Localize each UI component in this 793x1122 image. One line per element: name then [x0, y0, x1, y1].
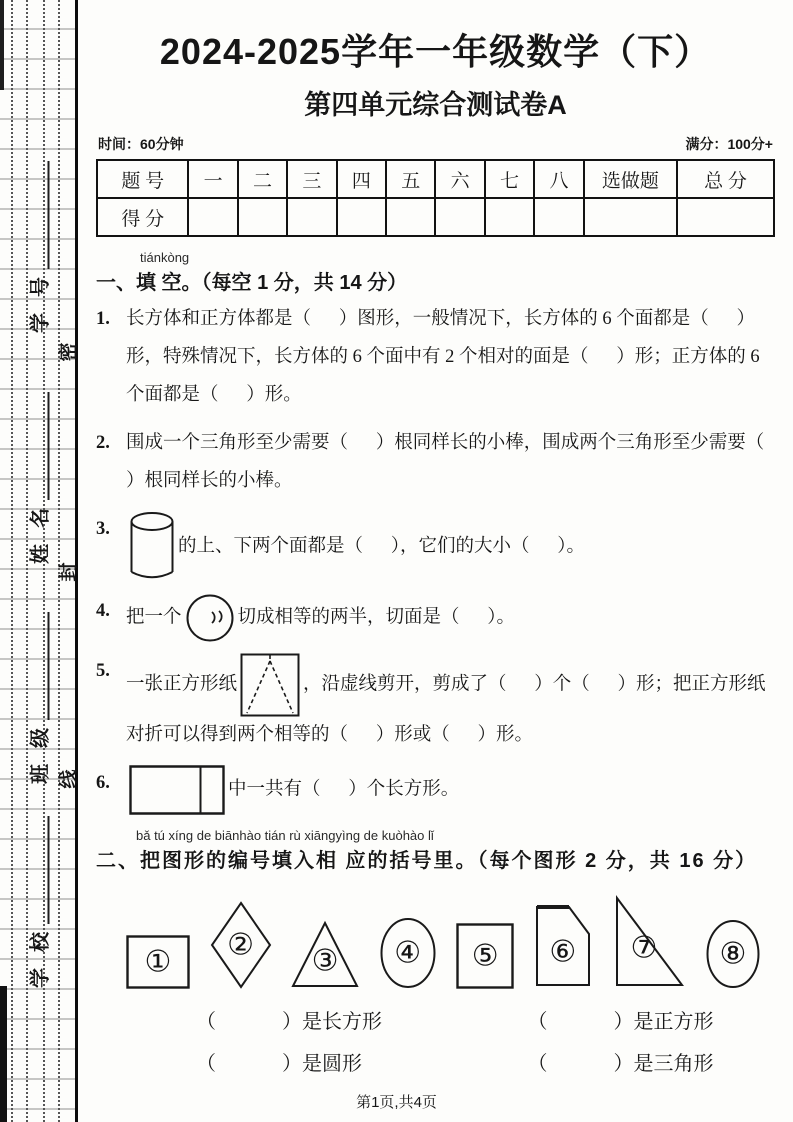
score-table: 题 号 一 二 三 四 五 六 七 八 选做题 总 分 得 分 [96, 159, 775, 237]
header-col-3: 三 [287, 160, 336, 198]
question-number: 5. [96, 653, 126, 755]
student-number-blank-line [30, 161, 50, 269]
shape-number-2: ② [227, 927, 254, 962]
section1-heading: 一、填 空。（每空 1 分，共 14 分） [96, 266, 775, 295]
scan-edge-artifact [0, 0, 4, 90]
answer-label: 是圆形 [302, 1053, 362, 1075]
score-table-score-row: 得 分 [97, 198, 774, 236]
name-blank-line [30, 392, 50, 500]
answer-square: （）是正方形 [436, 1005, 776, 1034]
class-field: 班级 [24, 612, 53, 784]
shape-right-triangle: ⑦ [611, 895, 685, 989]
name-field: 姓名 [24, 392, 53, 564]
close-paren: ） [282, 1053, 302, 1075]
question-6: 6. 中一共有（ ）个长方形。 [96, 765, 775, 815]
question-number: 1. [96, 301, 126, 415]
close-paren: ） [282, 1011, 302, 1033]
page-footer: 第1页,共4页 [0, 1091, 793, 1112]
seal-char-feng: 封 [54, 562, 81, 581]
header-optional: 选做题 [584, 160, 677, 198]
school-field: 学校 [24, 816, 53, 988]
question-text: 的上、下两个面都是（ ），它们的大小（ ）。 [126, 511, 775, 583]
shape-number-3: ③ [312, 944, 339, 979]
meta-row: 时间：60分钟 满分：100分+ [98, 134, 773, 154]
question-3: 3. 的上、下两个面都是（ ），它们的大小（ ）。 [96, 511, 775, 583]
header-col-1: 一 [188, 160, 237, 198]
cylinder-figure [129, 511, 175, 583]
score-cell [485, 198, 534, 236]
question-text-after-figure: 的上、下两个面都是（ ），它们的大小（ ）。 [178, 536, 585, 556]
section2-heading: 二、把图形的编号填入相 应的括号里。（每个图形 2 分，共 16 分） [96, 844, 775, 873]
score-cell [677, 198, 774, 236]
header-col-2: 二 [238, 160, 287, 198]
shape-row: ① ② ③ ④ ⑤ ⑥ ⑦ [126, 891, 761, 989]
header-col-5: 五 [386, 160, 435, 198]
question-number: 2. [96, 425, 126, 501]
full-score: 满分：100分+ [685, 134, 773, 154]
question-text-after-figure: 中一共有（ ）个长方形。 [228, 779, 459, 799]
seal-margin-sidebar: 学号 姓名 班级 学校 密 封 线 [0, 0, 78, 1122]
main-content: 2024-2025学年一年级数学（下） 第四单元综合测试卷A 时间：60分钟 满… [78, 0, 793, 1076]
question-text-before-figure: 把一个 [126, 607, 182, 627]
shape-rectangle: ① [126, 935, 190, 989]
question-5: 5. 一张正方形纸，沿虚线剪开，剪成了（ ）个（ ）形；把正方形纸对折可以得到两… [96, 653, 775, 755]
answer-circle: （）是圆形 [96, 1047, 436, 1076]
shape-diamond: ② [210, 901, 272, 989]
shape-triangle: ③ [291, 919, 359, 989]
question-2: 2. 围成一个三角形至少需要（ ）根同样长的小棒，围成两个三角形至少需要（ ）根… [96, 425, 775, 501]
close-paren: ） [614, 1053, 634, 1075]
answer-label: 是长方形 [302, 1011, 382, 1033]
open-paren: （ [196, 1011, 216, 1033]
open-paren: （ [196, 1053, 216, 1075]
question-1: 1. 长方体和正方体都是（ ）图形，一般情况下，长方体的 6 个面都是（ ）形，… [96, 301, 775, 415]
question-text: 一张正方形纸，沿虚线剪开，剪成了（ ）个（ ）形；把正方形纸对折可以得到两个相等… [126, 653, 775, 755]
answer-label: 是三角形 [634, 1053, 714, 1075]
shape-square: ⑤ [456, 923, 514, 989]
shape-pentagon: ⑥ [534, 903, 592, 989]
score-cell [337, 198, 386, 236]
paper-subtitle: 第四单元综合测试卷A [96, 83, 775, 122]
section1-pinyin: tiánkòng [140, 250, 775, 265]
student-number-label: 学号 [30, 261, 52, 333]
paper-title: 2024-2025学年一年级数学（下） [96, 24, 775, 75]
header-col-4: 四 [337, 160, 386, 198]
shape-number-7: ⑦ [630, 931, 657, 966]
split-rectangle-figure [129, 765, 225, 815]
grid-dotted-line [58, 0, 60, 1122]
answer-triangle: （）是三角形 [436, 1047, 776, 1076]
square-dashed-triangle-figure [240, 653, 300, 717]
score-cell [386, 198, 435, 236]
header-col-8: 八 [534, 160, 583, 198]
open-paren: （ [528, 1011, 548, 1033]
class-blank-line [30, 612, 50, 720]
score-cell [534, 198, 583, 236]
question-text-before-figure: 一张正方形纸 [126, 674, 237, 694]
score-cell [584, 198, 677, 236]
score-cell [188, 198, 237, 236]
shape-number-6: ⑥ [549, 935, 576, 970]
header-col-6: 六 [435, 160, 484, 198]
close-paren: ） [614, 1011, 634, 1033]
open-paren: （ [528, 1053, 548, 1075]
question-text: 长方体和正方体都是（ ）图形，一般情况下，长方体的 6 个面都是（ ）形，特殊情… [126, 301, 775, 415]
score-cell [287, 198, 336, 236]
question-text: 中一共有（ ）个长方形。 [126, 765, 775, 815]
classification-answers: （）是长方形 （）是正方形 （）是圆形 （）是三角形 [96, 1005, 775, 1076]
header-question-number: 题 号 [97, 160, 188, 198]
question-text: 把一个切成相等的两半，切面是（ ）。 [126, 593, 775, 643]
exam-paper-page: 学号 姓名 班级 学校 密 封 线 2024-2025学年一年级数学（下） 第四… [0, 0, 793, 1122]
answer-rectangle: （）是长方形 [96, 1005, 436, 1034]
score-cell [238, 198, 287, 236]
score-cell [435, 198, 484, 236]
shape-ellipse: ④ [379, 917, 437, 989]
score-table-header-row: 题 号 一 二 三 四 五 六 七 八 选做题 总 分 [97, 160, 774, 198]
time-limit: 时间：60分钟 [98, 134, 184, 154]
section2-pinyin: bǎ tú xíng de biānhào tián rù xiāngyìng … [136, 828, 775, 843]
name-label: 姓名 [30, 492, 52, 564]
class-label: 班级 [30, 712, 52, 784]
shape-number-4: ④ [394, 935, 421, 970]
school-label: 学校 [30, 916, 52, 988]
question-number: 3. [96, 511, 126, 583]
header-col-7: 七 [485, 160, 534, 198]
question-number: 4. [96, 593, 126, 643]
header-total: 总 分 [677, 160, 774, 198]
seal-char-xian: 线 [54, 769, 81, 788]
school-blank-line [30, 816, 50, 924]
shape-number-5: ⑤ [472, 938, 499, 973]
grid-dotted-line [11, 0, 13, 1122]
answer-label: 是正方形 [634, 1011, 714, 1033]
shape-number-8: ⑧ [719, 936, 746, 971]
student-number-field: 学号 [24, 161, 53, 333]
question-4: 4. 把一个切成相等的两半，切面是（ ）。 [96, 593, 775, 643]
seal-char-mi: 密 [54, 342, 81, 361]
question-text: 围成一个三角形至少需要（ ）根同样长的小棒，围成两个三角形至少需要（ ）根同样长… [126, 425, 775, 501]
question-text-after-figure: 切成相等的两半，切面是（ ）。 [238, 607, 516, 627]
question-number: 6. [96, 765, 126, 815]
score-row-label: 得 分 [97, 198, 188, 236]
sphere-figure [185, 593, 235, 643]
shape-number-1: ① [145, 944, 172, 979]
shape-circle: ⑧ [705, 919, 761, 989]
